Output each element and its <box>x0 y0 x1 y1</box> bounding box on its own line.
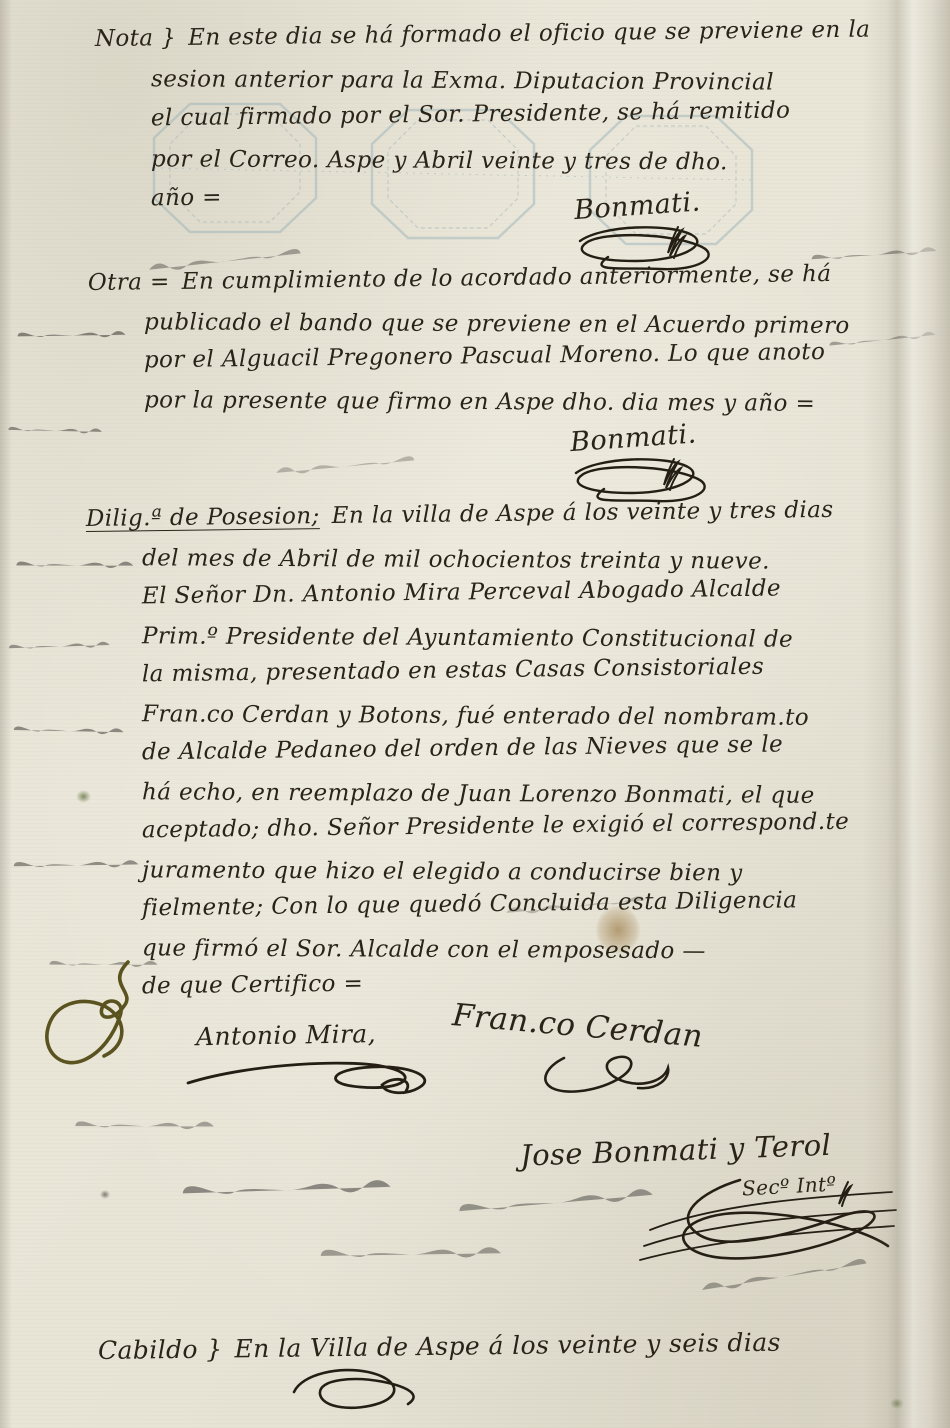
signature-name: Antonio Mira, <box>196 1018 452 1051</box>
signature-bonmati-1: Bonmati. <box>552 190 722 281</box>
diligencia-line-3: El Señor Dn. Antonio Mira Perceval Aboga… <box>86 575 850 623</box>
otra-paragraph: Otra =En cumplimiento de lo acordado ant… <box>88 270 850 426</box>
nota-line-5: año = <box>95 177 871 226</box>
signature-francisco-cerdan: Fran.co Cerdan <box>452 1008 703 1096</box>
cabildo-loop-flourish <box>282 1364 432 1412</box>
otra-line-3: por el Alguacil Pregonero Pascual Moreno… <box>88 339 850 387</box>
rubric-flourish <box>580 1168 900 1278</box>
ink-bleedthrough <box>299 1237 510 1278</box>
diligencia-line-5: la misma, presentado en estas Casas Cons… <box>86 653 850 701</box>
ink-bleedthrough <box>60 1114 221 1142</box>
ink-bleedthrough <box>149 1167 411 1220</box>
signature-role: Secº Intº <box>741 1172 836 1201</box>
paper-speck <box>100 1190 110 1199</box>
paper-speck <box>890 1398 904 1409</box>
margin-paraph-flourish <box>32 958 192 1108</box>
nota-label: Nota } <box>95 25 177 52</box>
signature-jose-bonmati-terol: Jose Bonmati y Terol Secº Intº <box>520 1132 900 1278</box>
diligencia-line-9: aceptado; dho. Señor Presidente le exigi… <box>86 809 850 857</box>
signature-bonmati-2: Bonmati. <box>548 422 718 513</box>
diligencia-line-7: de Alcalde Pedaneo del orden de las Niev… <box>86 731 850 779</box>
diligencia-label: Dilig.ª de Posesion; <box>86 503 320 532</box>
signature-name: Bonmati. <box>573 185 723 226</box>
cabildo-paragraph: Cabildo }En la Villa de Aspe á los veint… <box>98 1336 781 1365</box>
rubric-flourish <box>548 453 718 513</box>
rubric-flourish <box>182 1049 452 1101</box>
page-left-edge <box>0 0 12 1428</box>
nota-line-3: el cual firmado por el Sor. Presidente, … <box>95 97 871 146</box>
nota-line-1: En este dia se há formado el oficio que … <box>188 17 870 51</box>
manuscript-line: Dilig.ª de Posesion;En la villa de Aspe … <box>86 497 850 545</box>
otra-line-4: por la presente que firmo en Aspe dho. d… <box>88 387 850 430</box>
signature-name: Jose Bonmati y Terol <box>520 1125 901 1172</box>
manuscript-page: Nota }En este dia se há formado el ofici… <box>0 0 950 1428</box>
otra-label: Otra = <box>88 269 170 296</box>
manuscript-line: Nota }En este dia se há formado el ofici… <box>95 17 871 66</box>
rubric-flourish <box>530 1044 680 1096</box>
cabildo-label: Cabildo } <box>98 1334 223 1365</box>
diligencia-paragraph: Dilig.ª de Posesion;En la villa de Aspe … <box>86 506 849 1013</box>
manuscript-line: Cabildo }En la Villa de Aspe á los veint… <box>98 1328 781 1365</box>
cabildo-line-1: En la Villa de Aspe á los veinte y seis … <box>234 1328 781 1364</box>
signature-name: Bonmati. <box>569 417 719 458</box>
ink-bleedthrough <box>250 455 451 482</box>
signature-antonio-mira: Antonio Mira, <box>182 1020 452 1101</box>
manuscript-line: Otra =En cumplimiento de lo acordado ant… <box>88 261 850 309</box>
rubric-flourish <box>552 221 722 281</box>
nota-paragraph: Nota }En este dia se há formado el ofici… <box>95 26 870 226</box>
diligencia-line-11: fielmente; Con lo que quedó Concluida es… <box>86 887 850 935</box>
